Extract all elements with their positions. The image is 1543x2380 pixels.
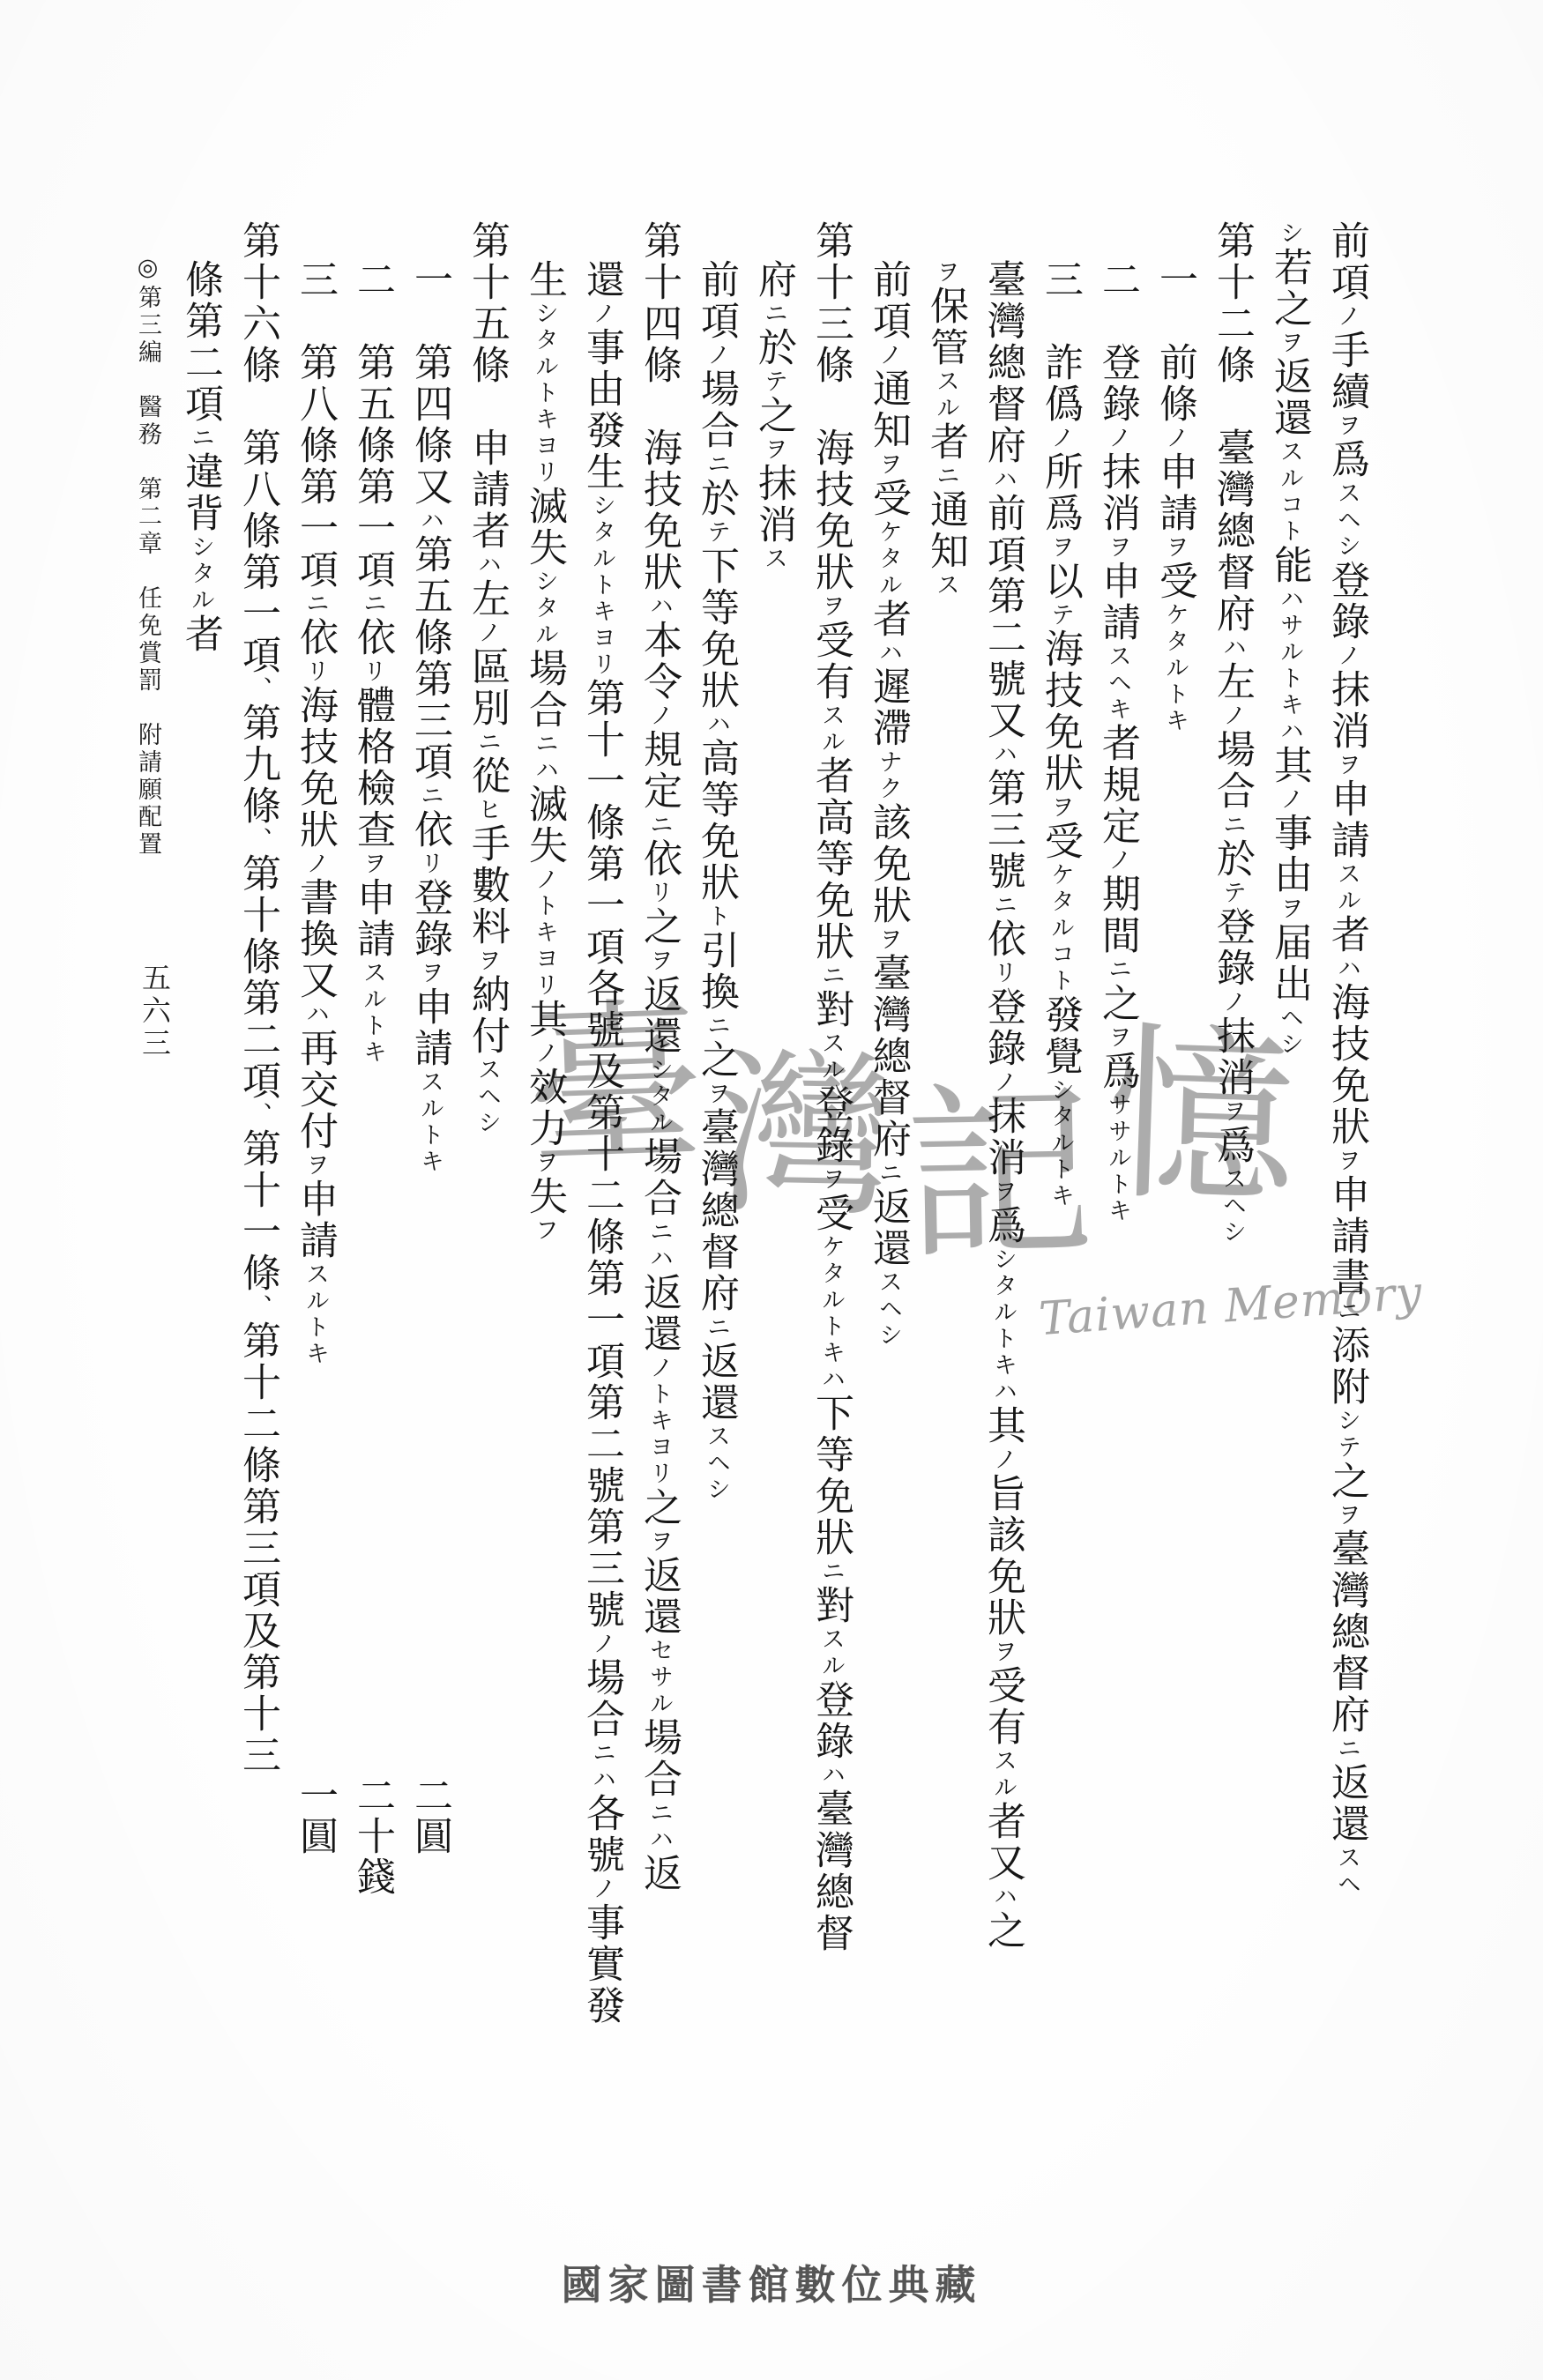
text-column: 一 第四條又ハ第五條第三項ニ依リ登錄ヲ申請スルトキ二圓: [401, 220, 458, 2142]
text-column: ヲ保管スル者ニ通知ス: [917, 220, 974, 2142]
fee-amount: 二圓: [401, 1737, 458, 1856]
text-column: 還ノ事由發生シタルトキヨリ第十一條第一項各號及第十二條第一項第二號第三號ノ場合ニ…: [573, 220, 630, 2142]
text-column: シ若之ヲ返還スルコト能ハサルトキハ其ノ事由ヲ届出ヘシ: [1261, 220, 1318, 2142]
text-column: 生シタルトキヨリ滅失シタル場合ニハ滅失ノトキヨリ其ノ效力ヲ失フ: [516, 220, 573, 2142]
text-column: 府ニ於テ之ヲ抹消ス: [745, 220, 802, 2142]
chapter-margin-label: ◎第三編 醫務 第二章 任免賞罰 附請願配置: [130, 254, 165, 859]
text-column: 臺灣總督府ハ前項第二號又ハ第三號ニ依リ登錄ノ抹消ヲ爲シタルトキハ其ノ旨該免狀ヲ受…: [974, 220, 1032, 2142]
text-column: 前項ノ手續ヲ爲スヘシ登錄ノ抹消ヲ申請スル者ハ海技免狀ヲ申請書ニ添附シテ之ヲ臺灣總…: [1318, 220, 1375, 2142]
scanned-document-page: 臺 灣 記 憶 Taiwan Memory 前項ノ手續ヲ爲スヘシ登錄ノ抹消ヲ申請…: [0, 0, 1543, 2380]
legal-text-block: 前項ノ手續ヲ爲スヘシ登錄ノ抹消ヲ申請スル者ハ海技免狀ヲ申請書ニ添附シテ之ヲ臺灣總…: [172, 220, 1375, 2142]
text-column: 前項ノ通知ヲ受ケタル者ハ遲滯ナク該免狀ヲ臺灣總督府ニ返還スヘシ: [860, 220, 917, 2142]
text-column: 一 前條ノ申請ヲ受ケタルトキ: [1146, 220, 1204, 2142]
text-column: 二 登錄ノ抹消ヲ申請スヘキ者規定ノ期間ニ之ヲ爲ササルトキ: [1089, 220, 1146, 2142]
fee-amount: 二十錢: [344, 1737, 401, 1897]
text-column: 二 第五條第一項ニ依リ體格檢查ヲ申請スルトキ二十錢: [344, 220, 401, 2142]
text-column: 條第二項ニ違背シタル者: [172, 220, 229, 2142]
text-column: 三 第八條第一項ニ依リ海技免狀ノ書換又ハ再交付ヲ申請スルトキ一圓: [287, 220, 344, 2142]
text-column: 第十二條 臺灣總督府ハ左ノ場合ニ於テ登錄ノ抹消ヲ爲スヘシ: [1204, 220, 1261, 2142]
text-column: 第十三條 海技免狀ヲ受有スル者高等免狀ニ對スル登錄ヲ受ケタルトキハ下等免狀ニ對ス…: [802, 220, 860, 2142]
page-number: 五六三: [134, 963, 175, 1060]
text-column: 第十六條 第八條第一項、第九條、第十條第二項、第十一條、第十二條第三項及第十三: [229, 220, 287, 2142]
text-column: 第十四條 海技免狀ハ本令ノ規定ニ依リ之ヲ返還シタル場合ニハ返還ノトキヨリ之ヲ返還…: [630, 220, 688, 2142]
text-column: 三 詐僞ノ所爲ヲ以テ海技免狀ヲ受ケタルコト發覺シタルトキ: [1032, 220, 1089, 2142]
text-column: 前項ノ場合ニ於テ下等免狀ハ高等免狀ト引換ニ之ヲ臺灣總督府ニ返還スヘシ: [688, 220, 745, 2142]
fee-amount: 一圓: [287, 1737, 344, 1856]
library-archive-caption: 國家圖書館數位典藏: [0, 2253, 1543, 2311]
text-column: 第十五條 申請者ハ左ノ區別ニ從ヒ手數料ヲ納付スヘシ: [458, 220, 516, 2142]
